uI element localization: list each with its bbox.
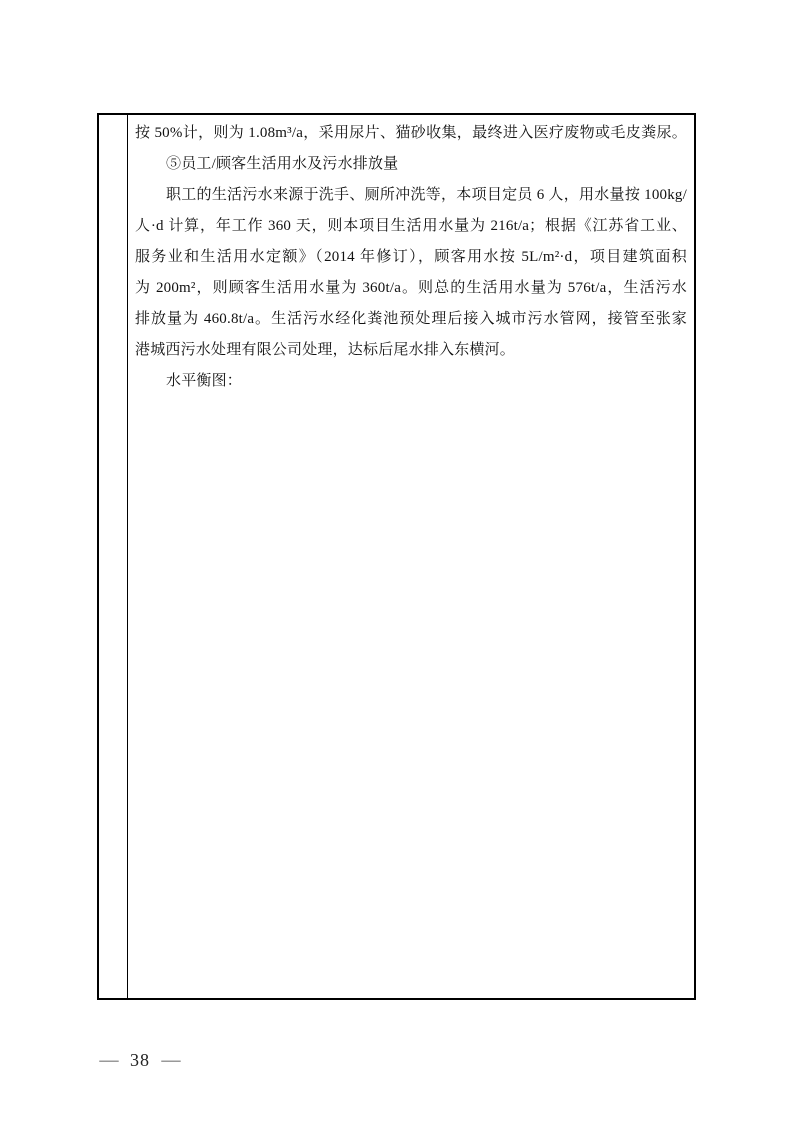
table-content-cell: 按 50%计，则为 1.08m³/a，采用尿片、猫砂收集，最终进入医疗废物或毛皮… <box>128 115 694 998</box>
page-footer: — 38 — <box>101 1050 179 1071</box>
text-line: 人·d 计算，年工作 360 天，则本项目生活用水量为 216t/a；根据《江苏… <box>135 211 687 242</box>
footer-dash-right: — <box>161 1052 180 1070</box>
text-line: 为 200m²，则顾客生活用水量为 360t/a。则总的生活用水量为 576t/… <box>135 273 687 304</box>
text-line: 排放量为 460.8t/a。生活污水经化粪池预处理后接入城市污水管网，接管至张家 <box>135 304 687 335</box>
text-line: 职工的生活污水来源于洗手、厕所冲洗等，本项目定员 6 人，用水量按 100kg/ <box>135 180 687 211</box>
text-line: 按 50%计，则为 1.08m³/a，采用尿片、猫砂收集，最终进入医疗废物或毛皮… <box>135 118 687 149</box>
table-left-column <box>99 115 128 998</box>
text-line: 水平衡图： <box>135 366 687 397</box>
footer-dash-left: — <box>99 1052 118 1070</box>
page-number: 38 <box>130 1050 150 1071</box>
document-page: 按 50%计，则为 1.08m³/a，采用尿片、猫砂收集，最终进入医疗废物或毛皮… <box>0 0 793 1122</box>
text-line: 港城西污水处理有限公司处理，达标后尾水排入东横河。 <box>135 335 687 366</box>
text-line: ⑤员工/顾客生活用水及污水排放量 <box>135 149 687 180</box>
text-line: 服务业和生活用水定额》（2014 年修订），顾客用水按 5L/m²·d，项目建筑… <box>135 242 687 273</box>
content-table: 按 50%计，则为 1.08m³/a，采用尿片、猫砂收集，最终进入医疗废物或毛皮… <box>97 113 696 1000</box>
